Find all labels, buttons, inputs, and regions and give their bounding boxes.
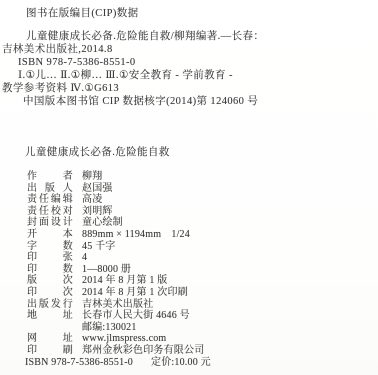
copyright-page: 图书在版编目(CIP)数据 儿童健康成长必备.危险能自救/柳翔编著.—长春： 吉… [0, 0, 378, 375]
colophon-row-print-run: 印数1—8000 册 [27, 264, 378, 276]
colophon-label: 印刷 [27, 345, 73, 357]
colophon-row-author: 作者柳翔 [27, 171, 378, 183]
colophon-row-address: 地址长春市人民大街 4646 号 [27, 310, 378, 322]
colophon-row-postcode: 邮编:130021 [27, 322, 378, 334]
cip-record-number-line: 中国版本图书馆 CIP 数据核字(2014)第 124060 号 [0, 95, 378, 108]
colophon-value: 2014 年 8 月第 1 次印刷 [82, 287, 188, 298]
cip-description-line1: 儿童健康成长必备.危险能自救/柳翔编著.—长春： [0, 30, 378, 43]
cip-heading: 图书在版编目(CIP)数据 [0, 7, 378, 20]
colophon-value: 2014 年 8 月第 1 版 [82, 275, 168, 286]
price-text: 定价:10.00 元 [151, 357, 211, 368]
colophon-label: 字数 [27, 241, 73, 253]
colophon-value: 柳翔 [82, 171, 102, 182]
colophon-row-edition: 版次2014 年 8 月第 1 版 [27, 275, 378, 287]
colophon-row-print-sheets: 印张4 [27, 252, 378, 264]
colophon-value: 郑州金秋彩色印务有限公司 [82, 345, 204, 356]
book-title: 儿童健康成长必备.危险能自救 [25, 146, 378, 159]
isbn-price-row: ISBN 978-7-5386-8551-0定价:10.00 元 [25, 357, 378, 369]
colophon-value: 1—8000 册 [82, 264, 131, 275]
colophon-value: 高凌 [82, 194, 102, 205]
colophon-row-word-count: 字数45 千字 [27, 241, 378, 253]
colophon-label: 印次 [27, 287, 73, 299]
colophon-row-website: 网址www.jlmspress.com [27, 333, 378, 345]
colophon-row-proofreader: 责任校对刘明辉 [27, 206, 378, 218]
colophon-label: 出版发行 [27, 299, 73, 311]
colophon-value: 长春市人民大街 4646 号 [82, 310, 190, 321]
colophon-row-cover-design: 封面设计童心绘制 [27, 217, 378, 229]
colophon-row-printer: 印刷郑州金秋彩色印务有限公司 [27, 345, 378, 357]
colophon-label: 责任校对 [27, 206, 73, 218]
colophon-value: 889mm × 1194mm 1/24 [82, 229, 190, 240]
colophon-value: 4 [82, 252, 87, 263]
colophon-row-impression: 印次2014 年 8 月第 1 次印刷 [27, 287, 378, 299]
colophon-label: 封面设计 [27, 217, 73, 229]
cip-classification-line1: Ⅰ.①儿… Ⅱ.①柳… Ⅲ.①安全教育 - 学前教育 - [0, 69, 378, 82]
cip-data-block: 图书在版编目(CIP)数据 儿童健康成长必备.危险能自救/柳翔编著.—长春： 吉… [0, 7, 378, 108]
colophon-row-publisher: 出版发行吉林美术出版社 [27, 299, 378, 311]
colophon-value: 邮编:130021 [82, 322, 137, 333]
colophon-row-editor: 责任编辑高凌 [27, 194, 378, 206]
colophon-list: 作者柳翔 出版人赵国强 责任编辑高凌 责任校对刘明辉 封面设计童心绘制 开本88… [27, 171, 378, 357]
colophon-value: 赵国强 [82, 183, 113, 194]
colophon-label: 印张 [27, 252, 73, 264]
colophon-label: 作者 [27, 171, 73, 183]
colophon-value: 45 千字 [82, 241, 116, 252]
colophon-value: 吉林美术出版社 [82, 299, 153, 310]
colophon-value: 童心绘制 [82, 217, 123, 228]
colophon-row-format: 开本889mm × 1194mm 1/24 [27, 229, 378, 241]
colophon-value: www.jlmspress.com [82, 333, 166, 344]
colophon-label: 开本 [27, 229, 73, 241]
colophon-label: 网址 [27, 333, 73, 345]
colophon-label: 责任编辑 [27, 194, 73, 206]
colophon-label: 出版人 [27, 183, 73, 195]
colophon-label: 地址 [27, 310, 73, 322]
cip-description-line2: 吉林美术出版社,2014.8 [0, 43, 378, 56]
cip-classification-line2: 教学参考资料 Ⅳ.①G613 [0, 82, 378, 95]
colophon-label: 印数 [27, 264, 73, 276]
isbn-text: ISBN 978-7-5386-8551-0 [25, 357, 133, 368]
colophon-label: 版次 [27, 275, 73, 287]
colophon-value: 刘明辉 [82, 206, 113, 217]
colophon-row-publisher-person: 出版人赵国强 [27, 183, 378, 195]
cip-isbn-line: ISBN 978-7-5386-8551-0 [0, 56, 378, 69]
